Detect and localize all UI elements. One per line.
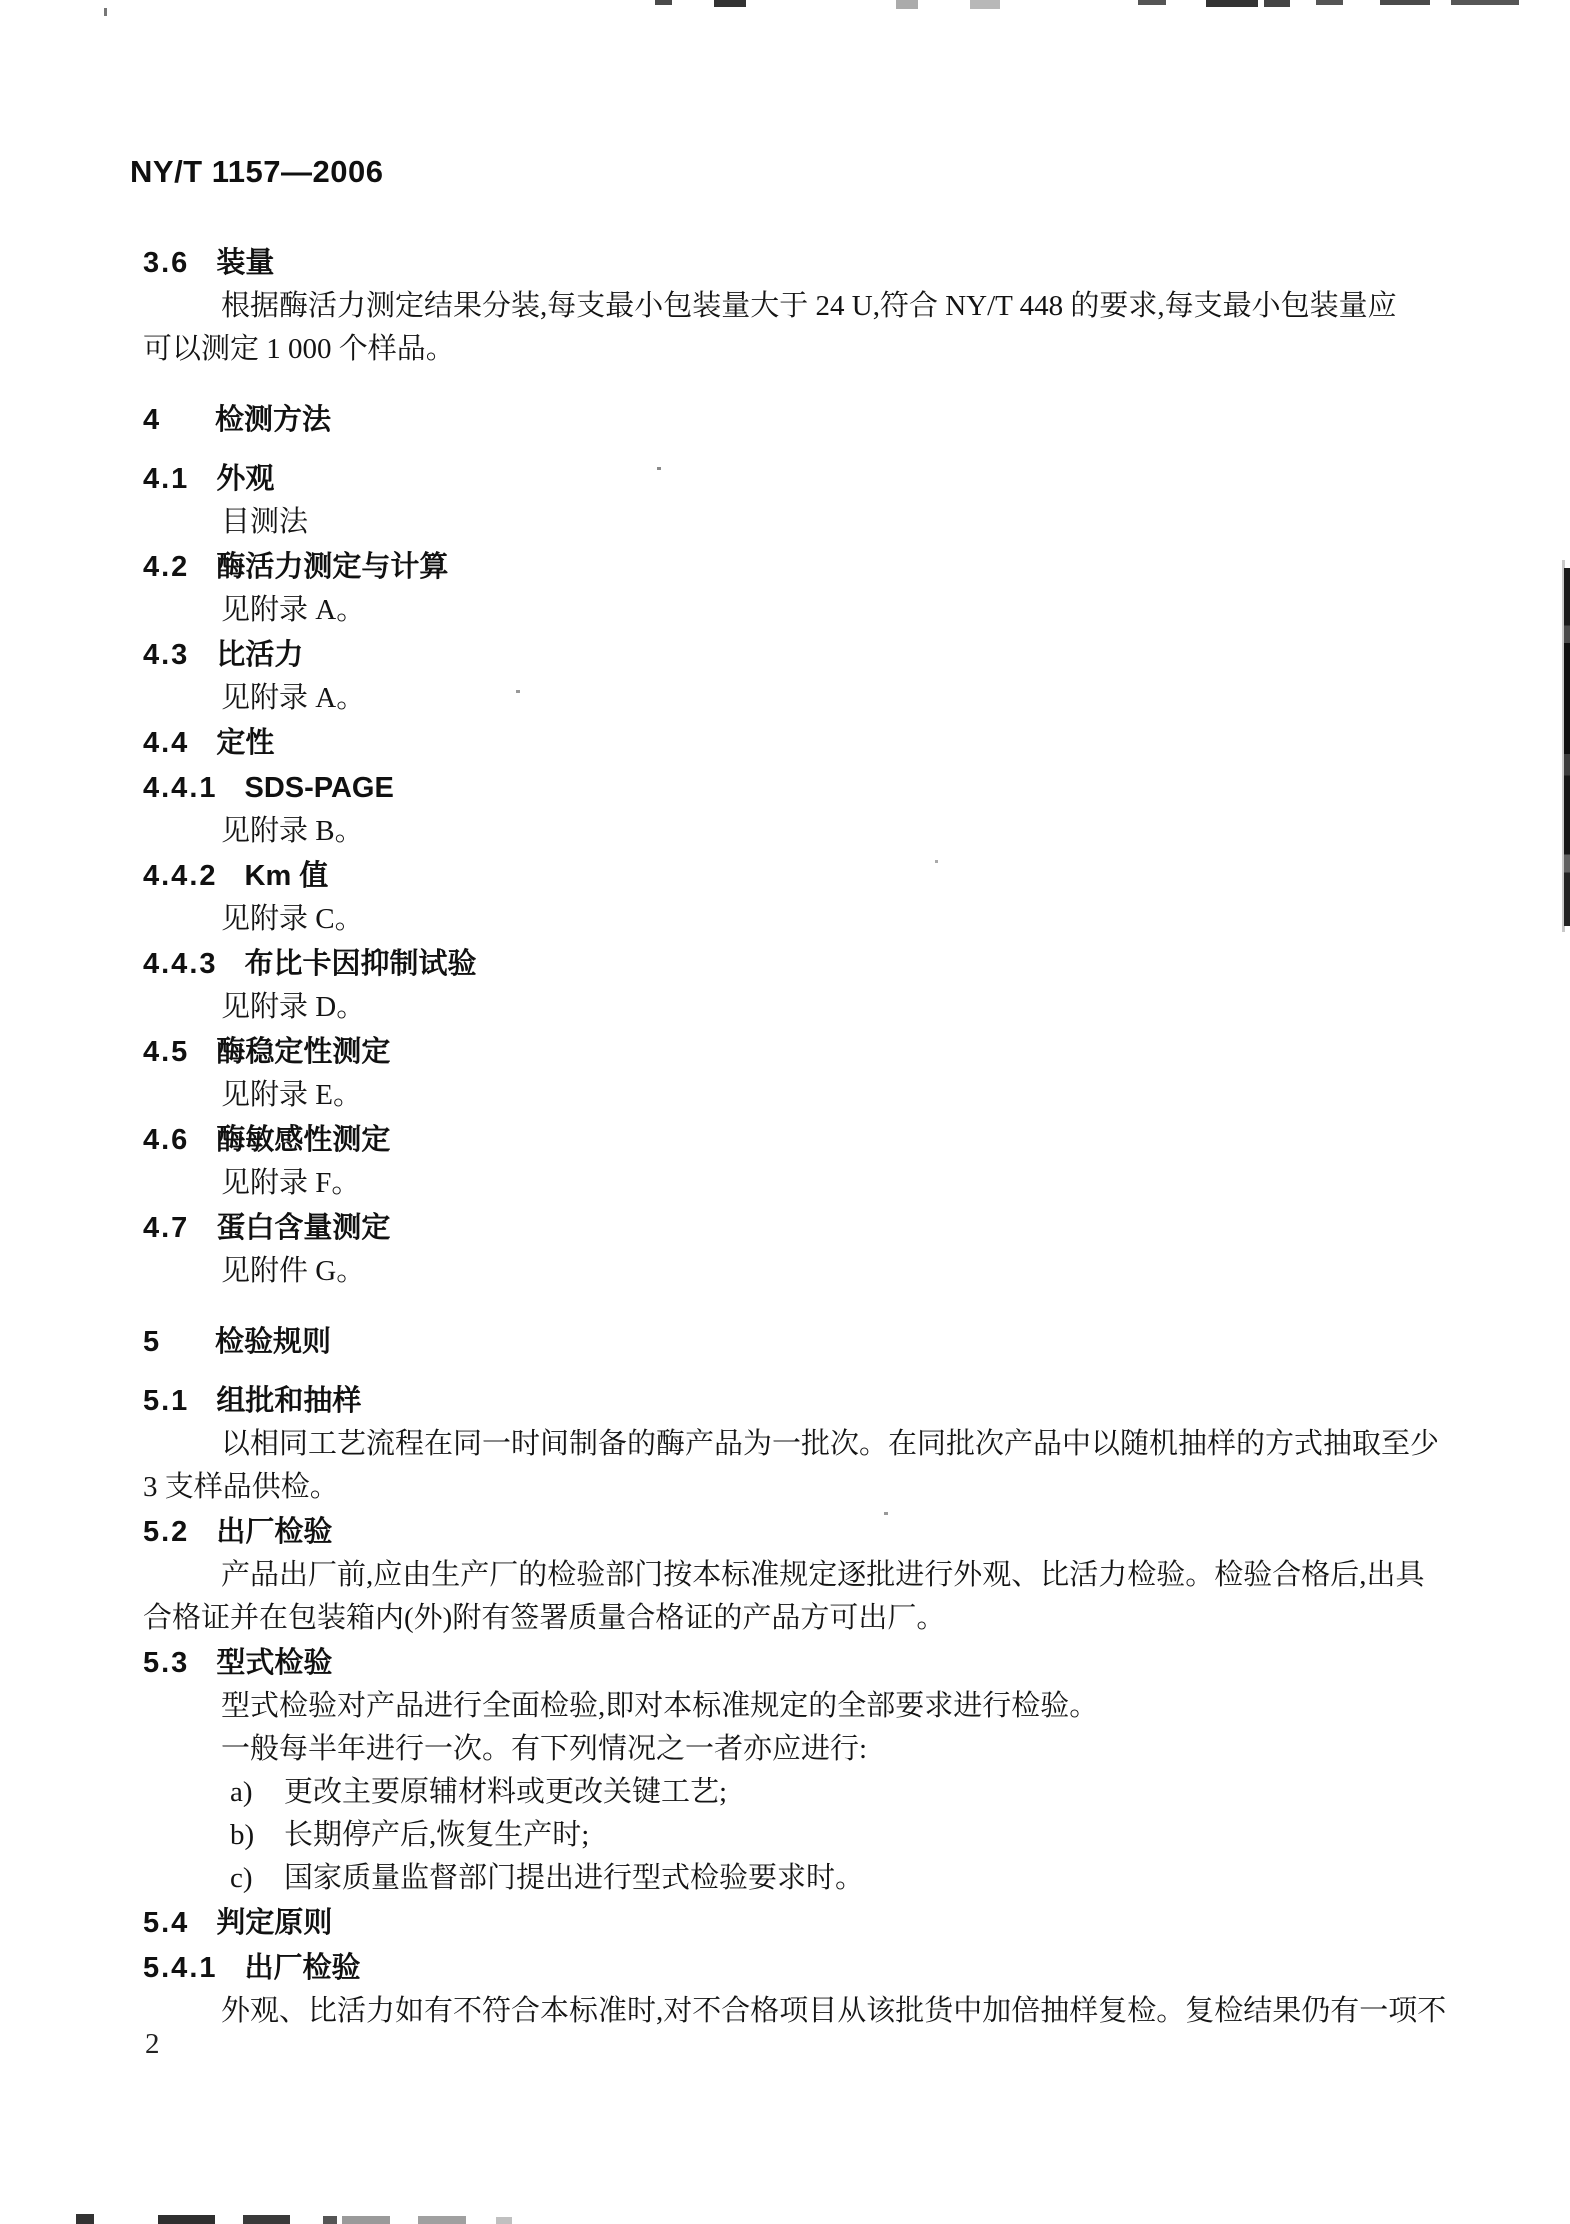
- heading-title: SDS-PAGE: [245, 772, 394, 804]
- heading-title: 判定原则: [216, 1907, 332, 1939]
- heading-title: 布比卡因抑制试验: [245, 948, 477, 980]
- heading-title: 比活力: [216, 639, 303, 671]
- heading-number: 4.4.1: [143, 767, 218, 810]
- heading-number: 4.7: [143, 1207, 189, 1250]
- scan-artifact-top: [1264, 0, 1290, 7]
- heading-number: 4: [143, 399, 188, 442]
- chapter-heading: 5检验规则: [143, 1321, 1475, 1364]
- heading-number: 4.3: [143, 634, 189, 677]
- document-body: 3.6装量 根据酶活力测定结果分装,每支最小包装量大于 24 U,符合 NY/T…: [143, 240, 1475, 2033]
- section-heading: 4.6酶敏感性测定: [143, 1119, 1475, 1162]
- section-heading: 5.1组批和抽样: [143, 1380, 1475, 1423]
- heading-title: 外观: [216, 463, 274, 495]
- scan-artifact-bottom: [158, 2215, 215, 2224]
- body-paragraph: 见附录 B。: [143, 810, 1475, 853]
- document-page: NY/T 1157—2006 3.6装量 根据酶活力测定结果分装,每支最小包装量…: [0, 0, 1570, 2224]
- heading-number: 5.2: [143, 1511, 189, 1554]
- scan-artifact-top: [655, 0, 672, 5]
- standard-number-header: NY/T 1157—2006: [130, 154, 383, 190]
- heading-title: 装量: [216, 247, 274, 279]
- scan-artifact-bottom: [76, 2214, 94, 2224]
- list-item: b)长期停产后,恢复生产时;: [143, 1814, 1475, 1857]
- heading-number: 4.4.2: [143, 855, 218, 898]
- page-number: 2: [145, 2028, 160, 2061]
- list-item: c)国家质量监督部门提出进行型式检验要求时。: [143, 1857, 1475, 1900]
- list-marker: c): [230, 1857, 260, 1900]
- chapter-heading: 4检测方法: [143, 399, 1475, 442]
- section-heading: 3.6装量: [143, 242, 1475, 285]
- body-paragraph: 见附录 A。: [143, 677, 1475, 720]
- heading-title: 酶敏感性测定: [216, 1124, 390, 1156]
- scan-artifact-bottom: [496, 2217, 512, 2224]
- scan-artifact-top: [1451, 0, 1519, 5]
- section-heading: 4.4定性: [143, 722, 1475, 765]
- body-paragraph: 以相同工艺流程在同一时间制备的酶产品为一批次。在同批次产品中以随机抽样的方式抽取…: [143, 1423, 1475, 1509]
- subsection-heading: 4.4.3布比卡因抑制试验: [143, 943, 1475, 986]
- body-paragraph: 型式检验对产品进行全面检验,即对本标准规定的全部要求进行检验。: [143, 1685, 1475, 1728]
- heading-number: 4.5: [143, 1031, 189, 1074]
- heading-number: 5.3: [143, 1642, 189, 1685]
- list-marker: a): [230, 1771, 260, 1814]
- body-paragraph: 目测法: [143, 501, 1475, 544]
- heading-number: 4.1: [143, 458, 189, 501]
- body-paragraph: 见附录 A。: [143, 589, 1475, 632]
- body-paragraph: 见附件 G。: [143, 1250, 1475, 1293]
- list-text: 更改主要原辅材料或更改关键工艺;: [284, 1776, 727, 1808]
- scan-artifact-top: [1206, 0, 1258, 7]
- heading-title: 蛋白含量测定: [216, 1212, 390, 1244]
- list-text: 国家质量监督部门提出进行型式检验要求时。: [284, 1862, 864, 1894]
- heading-number: 4.4.3: [143, 943, 218, 986]
- heading-number: 4.6: [143, 1119, 189, 1162]
- scan-artifact-bottom: [418, 2216, 466, 2224]
- body-paragraph: 见附录 D。: [143, 986, 1475, 1029]
- section-heading: 4.5酶稳定性测定: [143, 1031, 1475, 1074]
- body-paragraph: 产品出厂前,应由生产厂的检验部门按本标准规定逐批进行外观、比活力检验。检验合格后…: [143, 1554, 1475, 1640]
- heading-title: 检验规则: [215, 1326, 331, 1358]
- scan-artifact-top: [1316, 0, 1343, 5]
- scan-artifact-top: [1138, 0, 1166, 5]
- section-heading: 5.2出厂检验: [143, 1511, 1475, 1554]
- scan-artifact-top: [1380, 0, 1430, 5]
- heading-title: 定性: [216, 727, 274, 759]
- section-heading: 5.3型式检验: [143, 1642, 1475, 1685]
- heading-title: 出厂检验: [216, 1516, 332, 1548]
- scan-artifact-top: [104, 8, 107, 16]
- heading-title: 型式检验: [216, 1647, 332, 1679]
- heading-number: 4.4: [143, 722, 189, 765]
- scan-artifact-top: [714, 0, 746, 7]
- heading-title: 出厂检验: [245, 1952, 361, 1984]
- heading-number: 5.4.1: [143, 1947, 218, 1990]
- heading-number: 5: [143, 1321, 188, 1364]
- heading-title: 酶稳定性测定: [216, 1036, 390, 1068]
- heading-title: 检测方法: [215, 404, 331, 436]
- body-paragraph: 见附录 F。: [143, 1162, 1475, 1205]
- heading-number: 3.6: [143, 242, 189, 285]
- scan-artifact-bottom: [342, 2216, 390, 2224]
- scan-artifact-binding: [1564, 568, 1570, 926]
- section-heading: 4.2酶活力测定与计算: [143, 546, 1475, 589]
- body-paragraph: 见附录 C。: [143, 898, 1475, 941]
- heading-number: 4.2: [143, 546, 189, 589]
- section-heading: 4.7蛋白含量测定: [143, 1207, 1475, 1250]
- scan-artifact-top: [896, 0, 918, 9]
- subsection-heading: 5.4.1出厂检验: [143, 1947, 1475, 1990]
- heading-title: 组批和抽样: [216, 1385, 361, 1417]
- body-paragraph: 根据酶活力测定结果分装,每支最小包装量大于 24 U,符合 NY/T 448 的…: [143, 285, 1475, 371]
- body-paragraph: 外观、比活力如有不符合本标准时,对不合格项目从该批货中加倍抽样复检。复检结果仍有…: [143, 1990, 1475, 2033]
- list-marker: b): [230, 1814, 260, 1857]
- scan-artifact-bottom: [243, 2215, 290, 2224]
- section-heading: 5.4判定原则: [143, 1902, 1475, 1945]
- subsection-heading: 4.4.1SDS-PAGE: [143, 767, 1475, 810]
- body-paragraph: 一般每半年进行一次。有下列情况之一者亦应进行:: [143, 1728, 1475, 1771]
- section-heading: 4.1外观: [143, 458, 1475, 501]
- heading-number: 5.4: [143, 1902, 189, 1945]
- heading-title: 酶活力测定与计算: [216, 551, 448, 583]
- body-paragraph: 见附录 E。: [143, 1074, 1475, 1117]
- list-text: 长期停产后,恢复生产时;: [284, 1819, 589, 1851]
- scan-artifact-bottom: [323, 2216, 337, 2224]
- heading-title: Km 值: [245, 860, 329, 892]
- scan-artifact-top: [970, 0, 1000, 9]
- list-item: a)更改主要原辅材料或更改关键工艺;: [143, 1771, 1475, 1814]
- section-heading: 4.3比活力: [143, 634, 1475, 677]
- heading-number: 5.1: [143, 1380, 189, 1423]
- subsection-heading: 4.4.2Km 值: [143, 855, 1475, 898]
